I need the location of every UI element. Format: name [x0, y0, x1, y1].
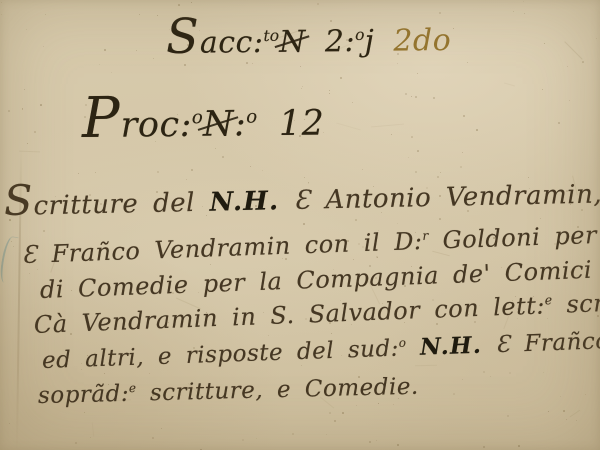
text-segment: Goldoni per le composiz: [428, 215, 600, 255]
text-segment: Ɛ Antonio Vendramin, e del: [279, 177, 600, 216]
text-segment: S: [3, 175, 34, 225]
text-segment: roc:: [120, 105, 192, 146]
text-segment: Ɛ Frañco concernenti: [482, 323, 600, 359]
manuscript-photo: { "page": { "description": "Handwritten …: [0, 0, 600, 450]
superscript-abbreviation: o: [246, 107, 257, 128]
text-segment: [406, 335, 421, 361]
text-segment: Ɛ Frañco Vendramin con il D:: [22, 227, 423, 269]
text-segment: acc:: [200, 25, 264, 61]
manuscript-page: Sacc:to N 2:oj 2doProc:o N:o 12Scritture…: [0, 0, 600, 450]
superscript-abbreviation: o: [192, 107, 203, 128]
text-segment: :: [234, 104, 247, 144]
text-segment: scritte dal Goldon: [552, 281, 600, 319]
text-segment: 2do: [393, 23, 451, 59]
text-segment: N.H.: [209, 186, 279, 217]
body-line-6: soprãd:e scritture, e Comedie.: [38, 374, 419, 409]
text-segment: soprãd:: [38, 381, 130, 409]
text-segment: S: [166, 9, 200, 65]
text-segment: N: [279, 25, 306, 60]
text-segment: ed altri, e risposte del sud:: [42, 336, 400, 374]
text-segment: N.H.: [419, 332, 482, 361]
text-segment: 12: [257, 103, 325, 144]
text-segment: j: [364, 24, 393, 59]
heading-sacco: Sacc:to N 2:oj 2do: [166, 23, 452, 61]
body-line-1: Scritture del N.H. Ɛ Antonio Vendramin, …: [4, 172, 600, 222]
text-segment: P: [82, 86, 121, 151]
superscript-abbreviation: to: [263, 27, 279, 45]
text-segment: critture del: [33, 188, 210, 222]
ink-smudge: [0, 235, 19, 283]
heading-processo: Proc:o N:o 12: [82, 103, 325, 146]
text-segment: 2:: [306, 24, 356, 60]
text-segment: N: [203, 104, 235, 144]
superscript-abbreviation: o: [355, 26, 365, 44]
text-segment: scritture, e Comedie.: [136, 374, 419, 407]
